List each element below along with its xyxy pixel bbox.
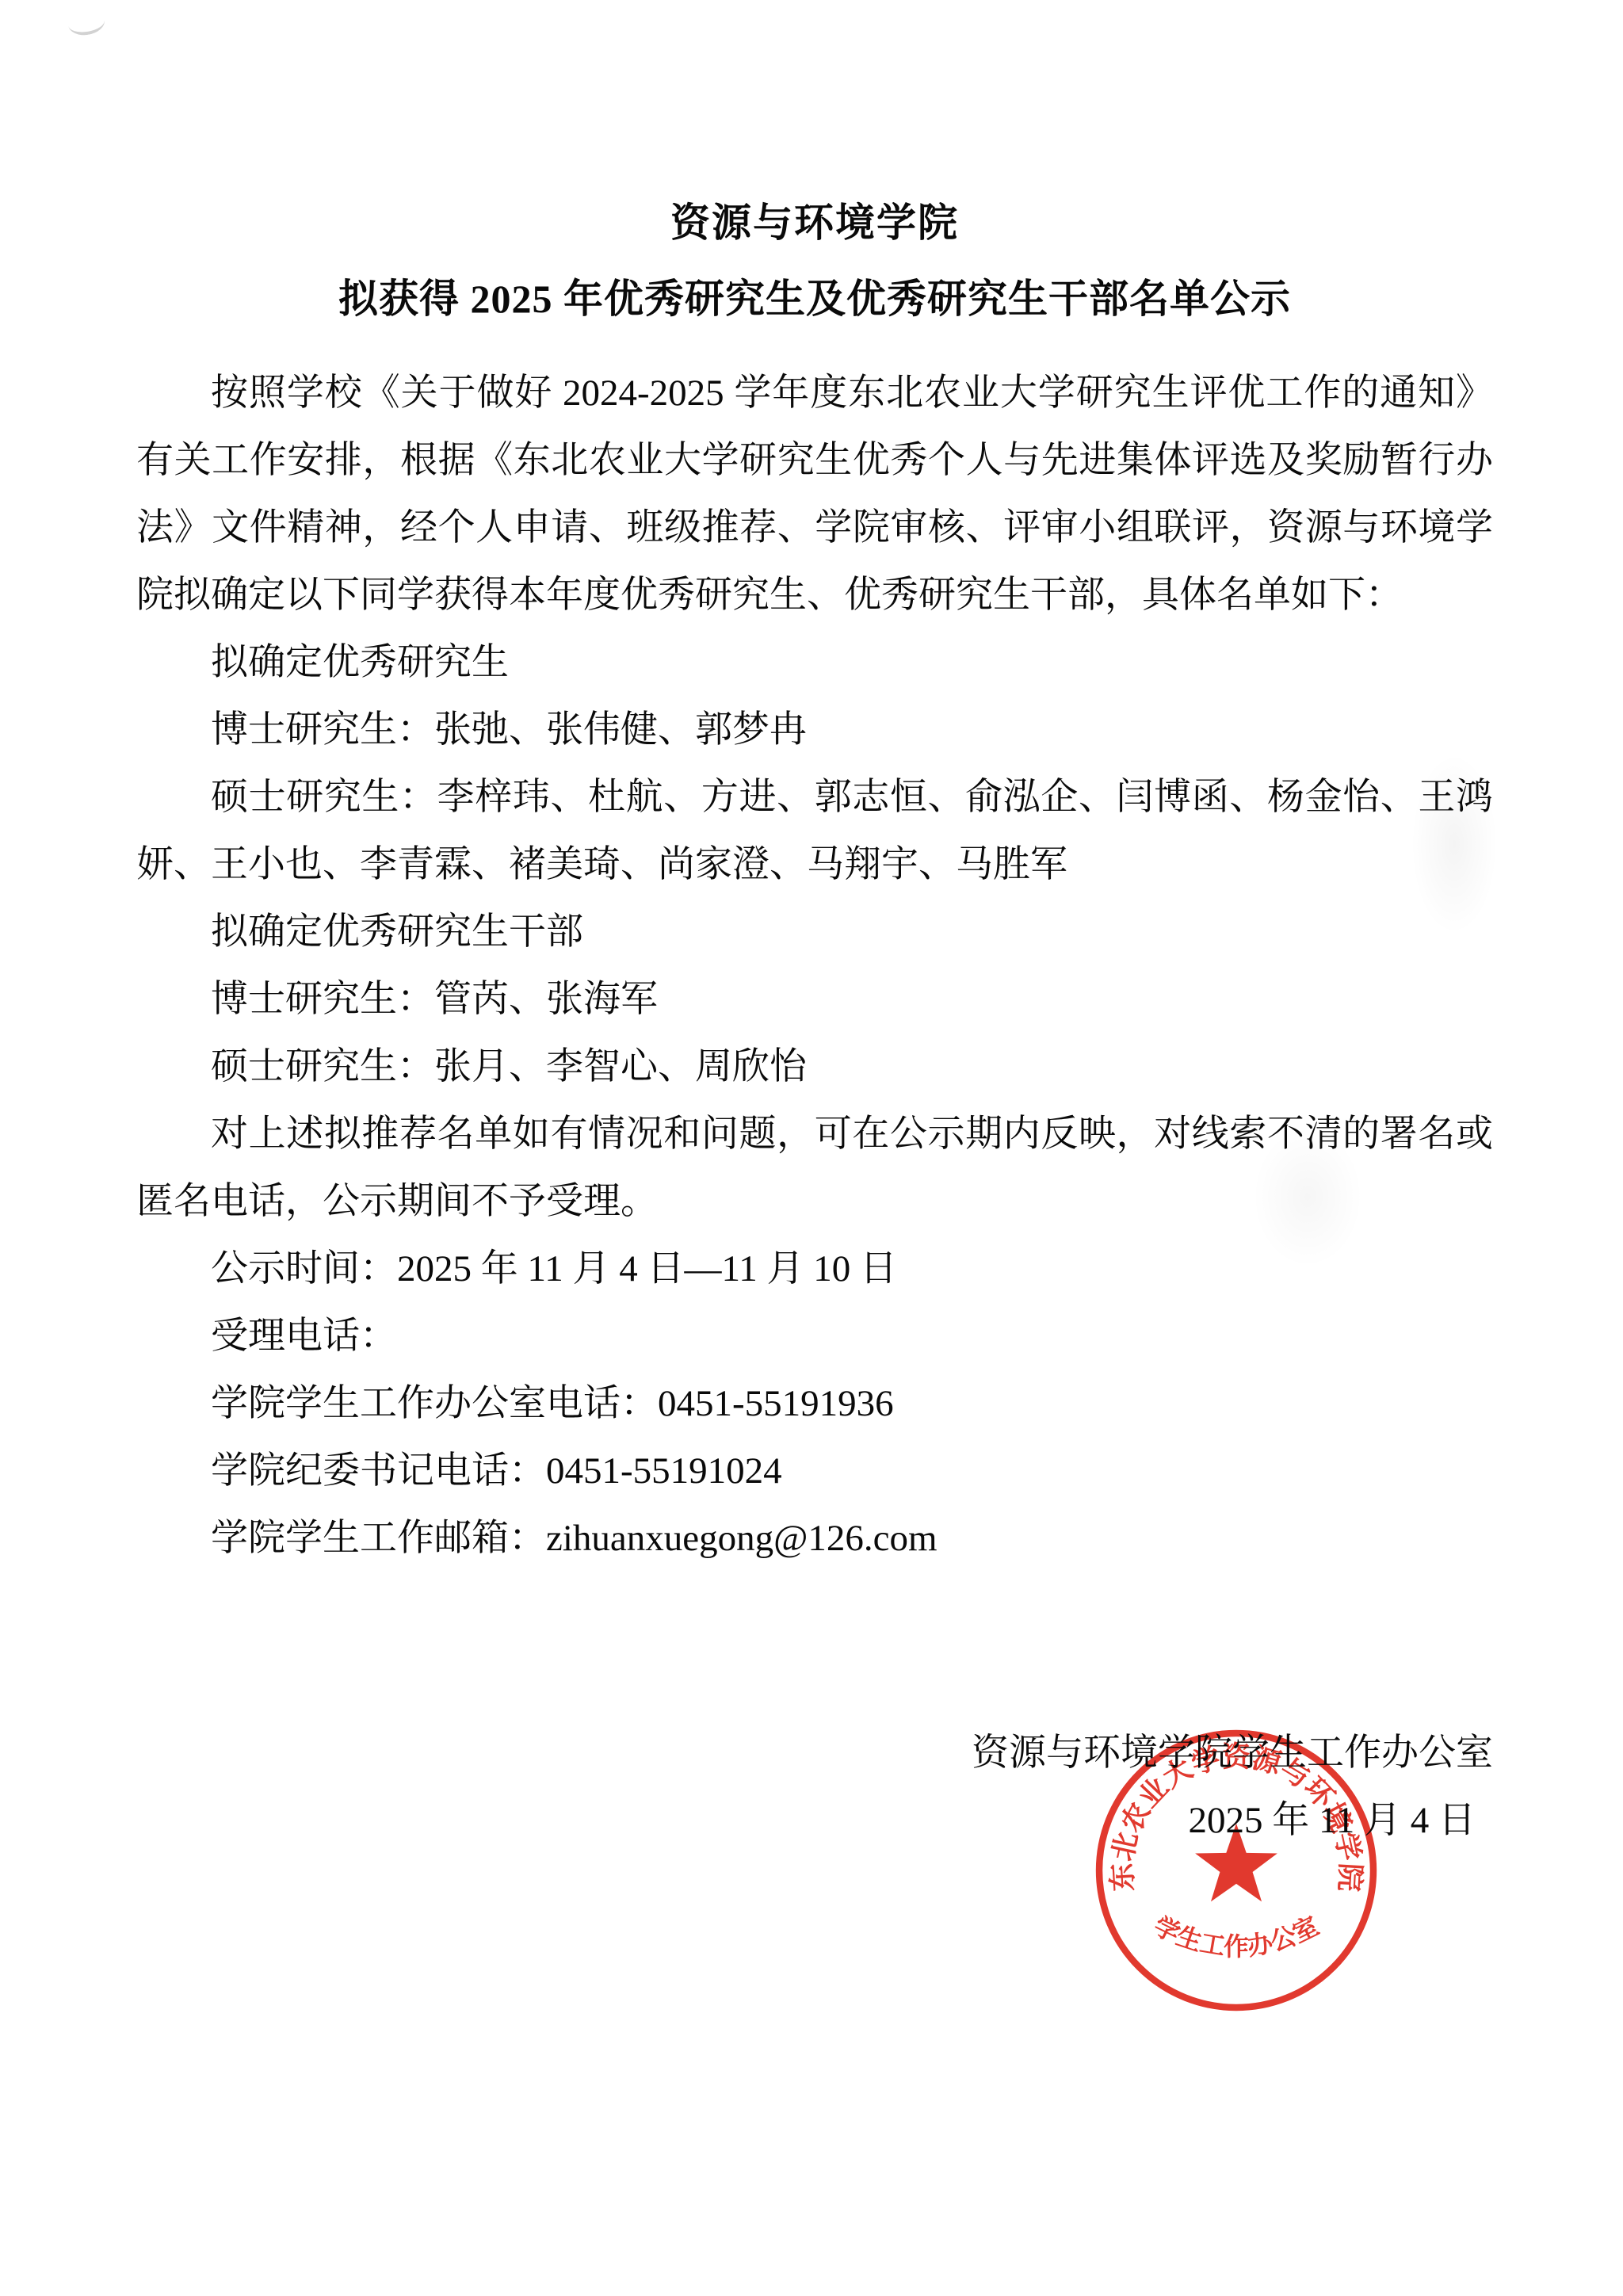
scan-smudge	[1411, 753, 1498, 935]
page-title: 资源与环境学院	[136, 198, 1493, 247]
signature-date: 2025 年 11 月 4 日	[136, 1787, 1476, 1855]
document-content: 资源与环境学院 拟获得 2025 年优秀研究生及优秀研究生干部名单公示 按照学校…	[0, 0, 1623, 1855]
line-office-phone: 学院学生工作办公室电话：0451-55191936	[136, 1370, 1493, 1438]
line-email: 学院学生工作邮箱：zihuanxuegong@126.com	[136, 1505, 1493, 1572]
heading-outstanding-graduate: 拟确定优秀研究生	[136, 629, 1493, 697]
list-doctoral-graduates: 博士研究生：张弛、张伟健、郭梦冉	[136, 697, 1493, 764]
page-subtitle: 拟获得 2025 年优秀研究生及优秀研究生干部名单公示	[136, 274, 1493, 323]
stamp-inner-text: 学生工作办公室	[1149, 1912, 1323, 1961]
document-body: 按照学校《关于做好 2024-2025 学年度东北农业大学研究生评优工作的通知》…	[136, 360, 1493, 1572]
signature-block: 资源与环境学院学生工作办公室 2025 年 11 月 4 日	[136, 1720, 1493, 1855]
document-page: 资源与环境学院 拟获得 2025 年优秀研究生及优秀研究生干部名单公示 按照学校…	[0, 0, 1623, 2296]
list-masters-graduates: 硕士研究生：李梓玮、杜航、方进、郭志恒、俞泓企、闫博函、杨金怡、王鸿妍、王小也、…	[136, 764, 1493, 899]
list-masters-cadres: 硕士研究生：张月、李智心、周欣怡	[136, 1033, 1493, 1101]
line-contact-heading: 受理电话：	[136, 1303, 1493, 1370]
heading-outstanding-cadre: 拟确定优秀研究生干部	[136, 899, 1493, 966]
paragraph-intro: 按照学校《关于做好 2024-2025 学年度东北农业大学研究生评优工作的通知》…	[136, 360, 1493, 629]
list-doctoral-cadres: 博士研究生：管芮、张海军	[136, 966, 1493, 1033]
line-discipline-phone: 学院纪委书记电话：0451-55191024	[136, 1438, 1493, 1505]
scan-smudge	[1252, 1125, 1363, 1268]
signature-office: 资源与环境学院学生工作办公室	[136, 1720, 1493, 1787]
stamp-inner-text-holder: 学生工作办公室	[1149, 1912, 1323, 1961]
